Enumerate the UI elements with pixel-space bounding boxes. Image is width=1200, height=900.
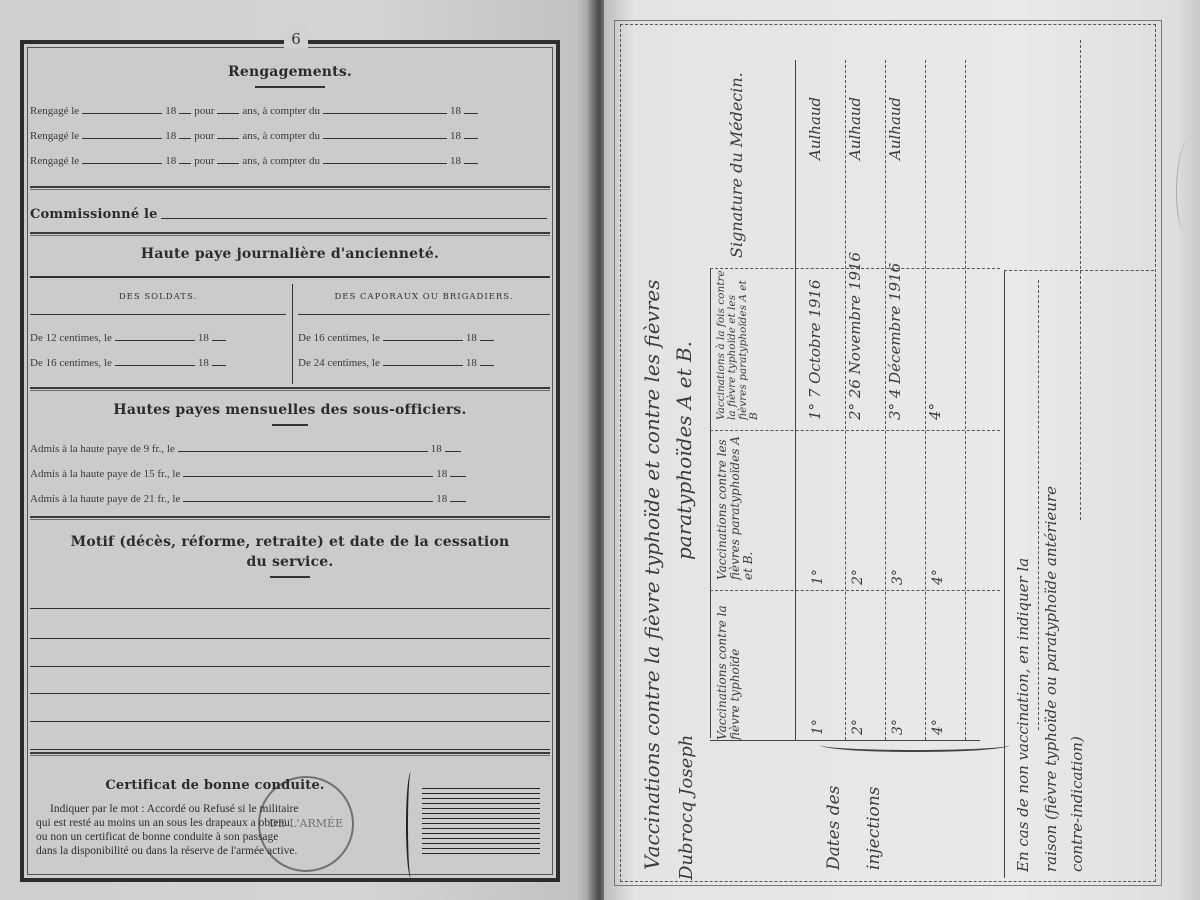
pour-label: pour — [194, 130, 214, 142]
injection-ordinal: 1° — [806, 403, 824, 420]
soldats-column: DES SOLDATS. De 12 centimes, le 18 De 16… — [30, 292, 286, 369]
paye-label: De 16 centimes, le — [30, 357, 112, 369]
injection-entry: 4° — [926, 403, 944, 420]
year-blank[interactable] — [212, 331, 226, 341]
years-blank[interactable] — [217, 129, 239, 139]
end-year-blank[interactable] — [464, 129, 478, 139]
paye-label: De 12 centimes, le — [30, 332, 112, 344]
section-divider — [30, 232, 550, 236]
doctor-signature: Aulhaud — [886, 97, 904, 160]
column-divider — [1004, 270, 1005, 878]
mensuelle-label: Admis à la haute paye de 15 fr., le — [30, 468, 180, 480]
instruction-line: qui est resté au moins un an sous les dr… — [36, 816, 400, 830]
date-blank[interactable] — [383, 356, 463, 366]
page-number: 6 — [284, 30, 308, 48]
injection-ordinal: 3° — [886, 403, 904, 420]
year-prefix: 18 — [436, 468, 447, 480]
rengagement-row: Rengagé le 18 pour ans, à compter du 18 — [30, 142, 550, 167]
end-year-prefix: 18 — [450, 155, 461, 167]
instruction-line: dans la disponibilité ou dans la réserve… — [36, 844, 400, 858]
year-blank[interactable] — [450, 467, 466, 477]
motif-section: Motif (décès, réforme, retraite) et date… — [30, 534, 550, 582]
end-year-blank[interactable] — [464, 104, 478, 114]
vaccination-title: Vaccinations contre la fièvre typhoïde e… — [640, 279, 664, 870]
mensuelle-label: Admis à la haute paye de 21 fr., le — [30, 493, 180, 505]
injection-date: 26 Novembre 1916 — [846, 252, 864, 398]
date-blank[interactable] — [82, 129, 162, 139]
ans-label: ans, à compter du — [242, 105, 320, 117]
start-date-blank[interactable] — [323, 129, 447, 139]
start-date-blank[interactable] — [323, 104, 447, 114]
ordinal-marker: 2° — [850, 719, 866, 735]
rengage-label: Rengagé le — [30, 105, 79, 117]
commissionne-section: Commissionné le — [30, 196, 550, 222]
non-vaccination-note: En cas de non vaccination, en indiquer l… — [1014, 558, 1032, 872]
row-divider — [1004, 270, 1154, 271]
dashed-guide — [1038, 280, 1039, 730]
motif-blank-line[interactable] — [30, 721, 550, 722]
year-blank[interactable] — [179, 154, 191, 164]
haute-paye-journaliere-title: Haute paye journalière d'ancienneté. — [30, 246, 550, 262]
header-rule — [298, 314, 550, 315]
pour-label: pour — [194, 155, 214, 167]
column-divider — [292, 284, 293, 384]
year-blank[interactable] — [179, 104, 191, 114]
date-blank[interactable] — [115, 331, 195, 341]
certificat-instructions: Indiquer par le mot : Accordé ou Refusé … — [36, 802, 400, 858]
year-prefix: 18 — [436, 493, 447, 505]
date-blank[interactable] — [178, 442, 428, 452]
start-date-blank[interactable] — [323, 154, 447, 164]
caporaux-header: DES CAPORAUX OU BRIGADIERS. — [298, 292, 550, 302]
rengagements-section: Rengagements. Rengagé le 18 pour ans, à … — [30, 64, 550, 167]
year-blank[interactable] — [445, 442, 461, 452]
pour-label: pour — [194, 105, 214, 117]
end-year-prefix: 18 — [450, 105, 461, 117]
injection-date: 7 Octobre 1916 — [806, 280, 824, 399]
end-year-blank[interactable] — [464, 154, 478, 164]
paratyphoid-column-header: Vaccinations contre les fièvres paratyph… — [716, 430, 755, 580]
year-blank[interactable] — [480, 331, 494, 341]
paye-row: De 16 centimes, le 18 — [298, 319, 550, 344]
year-blank[interactable] — [480, 356, 494, 366]
dates-des-injections-label: Dates des injections — [814, 750, 894, 870]
combined-column-header: Vaccinations à la fois contre la fièvre … — [716, 270, 760, 420]
header-rule — [30, 314, 286, 315]
paye-label: De 16 centimes, le — [298, 332, 380, 344]
ans-label: ans, à compter du — [242, 155, 320, 167]
commissionne-label: Commissionné le — [30, 207, 158, 222]
motif-blank-line[interactable] — [30, 666, 550, 667]
rengage-label: Rengagé le — [30, 155, 79, 167]
title-rule — [270, 576, 310, 578]
years-blank[interactable] — [217, 104, 239, 114]
soldier-name: Dubrocq Joseph — [676, 735, 697, 880]
dashed-guide — [925, 60, 926, 740]
date-blank[interactable] — [183, 467, 433, 477]
ordinal-marker: 1° — [810, 569, 826, 585]
column-divider — [710, 268, 711, 738]
ans-label: ans, à compter du — [242, 130, 320, 142]
haute-paye-journaliere-section: Haute paye journalière d'ancienneté. — [30, 246, 550, 262]
typhoid-column-header: Vaccinations contre la fièvre typhoïde — [716, 580, 742, 740]
year-blank[interactable] — [179, 129, 191, 139]
motif-blank-line[interactable] — [30, 693, 550, 694]
ordinal-marker: 4° — [930, 719, 946, 735]
injection-ordinal: 2° — [846, 403, 864, 420]
mensuelle-row: Admis à la haute paye de 21 fr., le 18 — [30, 480, 550, 505]
printed-form: 6 Rengagements. Rengagé le 18 pour ans, … — [20, 40, 560, 882]
mensuelle-label: Admis à la haute paye de 9 fr., le — [30, 443, 175, 455]
injection-date: 4 Décembre 1916 — [886, 263, 904, 398]
ordinal-marker: 2° — [850, 569, 866, 585]
injection-ordinal: 4° — [926, 403, 944, 420]
open-booklet: 6 Rengagements. Rengagé le 18 pour ans, … — [0, 0, 1200, 900]
date-blank[interactable] — [82, 154, 162, 164]
mensuelle-row: Admis à la haute paye de 9 fr., le 18 — [30, 430, 550, 455]
year-prefix: 18 — [198, 332, 209, 344]
bracket — [406, 772, 416, 878]
motif-blank-line[interactable] — [30, 638, 550, 639]
instruction-line: Indiquer par le mot : Accordé ou Refusé … — [36, 802, 400, 816]
hautes-payes-mensuelles-title: Hautes payes mensuelles des sous-officie… — [30, 402, 550, 418]
non-vaccination-note: contre-indication) — [1068, 736, 1086, 872]
end-year-prefix: 18 — [450, 130, 461, 142]
date-blank[interactable] — [115, 356, 195, 366]
section-divider — [30, 516, 550, 520]
date-blank[interactable] — [383, 331, 463, 341]
section-rule — [30, 276, 550, 278]
hautes-payes-mensuelles-section: Hautes payes mensuelles des sous-officie… — [30, 402, 550, 505]
ordinal-marker: 1° — [810, 719, 826, 735]
motif-blank-line[interactable] — [30, 608, 550, 609]
rengagements-title: Rengagements. — [30, 64, 550, 80]
dashed-guide — [1080, 40, 1081, 520]
date-blank[interactable] — [82, 104, 162, 114]
rengage-label: Rengagé le — [30, 130, 79, 142]
mensuelle-row: Admis à la haute paye de 15 fr., le 18 — [30, 455, 550, 480]
vaccination-title-line2: paratyphoïdes A et B. — [672, 341, 696, 560]
year-prefix: 18 — [466, 357, 477, 369]
non-vaccination-note: raison (fièvre typhoïde ou paratyphoïde … — [1042, 486, 1060, 872]
year-blank[interactable] — [212, 356, 226, 366]
soldats-header: DES SOLDATS. — [30, 292, 286, 302]
injection-entry: 2° 26 Novembre 1916 — [846, 252, 864, 420]
left-page: 6 Rengagements. Rengagé le 18 pour ans, … — [0, 0, 600, 900]
year-prefix: 18 — [431, 443, 442, 455]
year-prefix: 18 — [165, 155, 176, 167]
ordinal-marker: 3° — [890, 569, 906, 585]
row-divider — [710, 590, 1000, 591]
caporaux-column: DES CAPORAUX OU BRIGADIERS. De 16 centim… — [298, 292, 550, 369]
year-prefix: 18 — [165, 105, 176, 117]
years-blank[interactable] — [217, 154, 239, 164]
section-divider — [30, 752, 550, 756]
commissionne-blank[interactable] — [161, 209, 547, 219]
injection-entry: 1° 7 Octobre 1916 — [806, 280, 824, 421]
certificat-answer-field[interactable] — [422, 788, 540, 858]
instruction-line: ou non un certificat de bonne conduite à… — [36, 830, 400, 844]
year-prefix: 18 — [165, 130, 176, 142]
paye-row: De 16 centimes, le 18 — [30, 344, 286, 369]
title-rule — [255, 86, 325, 88]
motif-title-line1: Motif (décès, réforme, retraite) et date… — [30, 534, 550, 550]
injection-entry: 3° 4 Décembre 1916 — [886, 263, 904, 420]
year-blank[interactable] — [450, 492, 466, 502]
certificat-title: Certificat de bonne conduite. — [30, 778, 400, 793]
column-divider — [795, 60, 796, 740]
rengagement-row: Rengagé le 18 pour ans, à compter du 18 — [30, 92, 550, 117]
doctor-signature: Aulhaud — [806, 97, 824, 160]
title-rule — [272, 424, 308, 426]
section-divider — [30, 387, 550, 391]
motif-blank-line[interactable] — [30, 749, 550, 750]
section-divider — [30, 186, 550, 190]
paye-row: De 24 centimes, le 18 — [298, 344, 550, 369]
dashed-guide — [965, 60, 966, 740]
rengagement-row: Rengagé le 18 pour ans, à compter du 18 — [30, 117, 550, 142]
margin-scribble — [1176, 140, 1198, 230]
motif-title-line2: du service. — [30, 554, 550, 570]
signature-column-header: Signature du Médecin. — [722, 58, 752, 258]
date-blank[interactable] — [183, 492, 433, 502]
paye-row: De 12 centimes, le 18 — [30, 319, 286, 344]
ordinal-marker: 4° — [930, 569, 946, 585]
year-prefix: 18 — [198, 357, 209, 369]
ordinal-marker: 3° — [890, 719, 906, 735]
commissionne-row: Commissionné le — [30, 196, 550, 222]
year-prefix: 18 — [466, 332, 477, 344]
certificat-section: DE L'ARMÉE Certificat de bonne conduite.… — [30, 760, 550, 870]
paye-label: De 24 centimes, le — [298, 357, 380, 369]
doctor-signature: Aulhaud — [846, 97, 864, 160]
